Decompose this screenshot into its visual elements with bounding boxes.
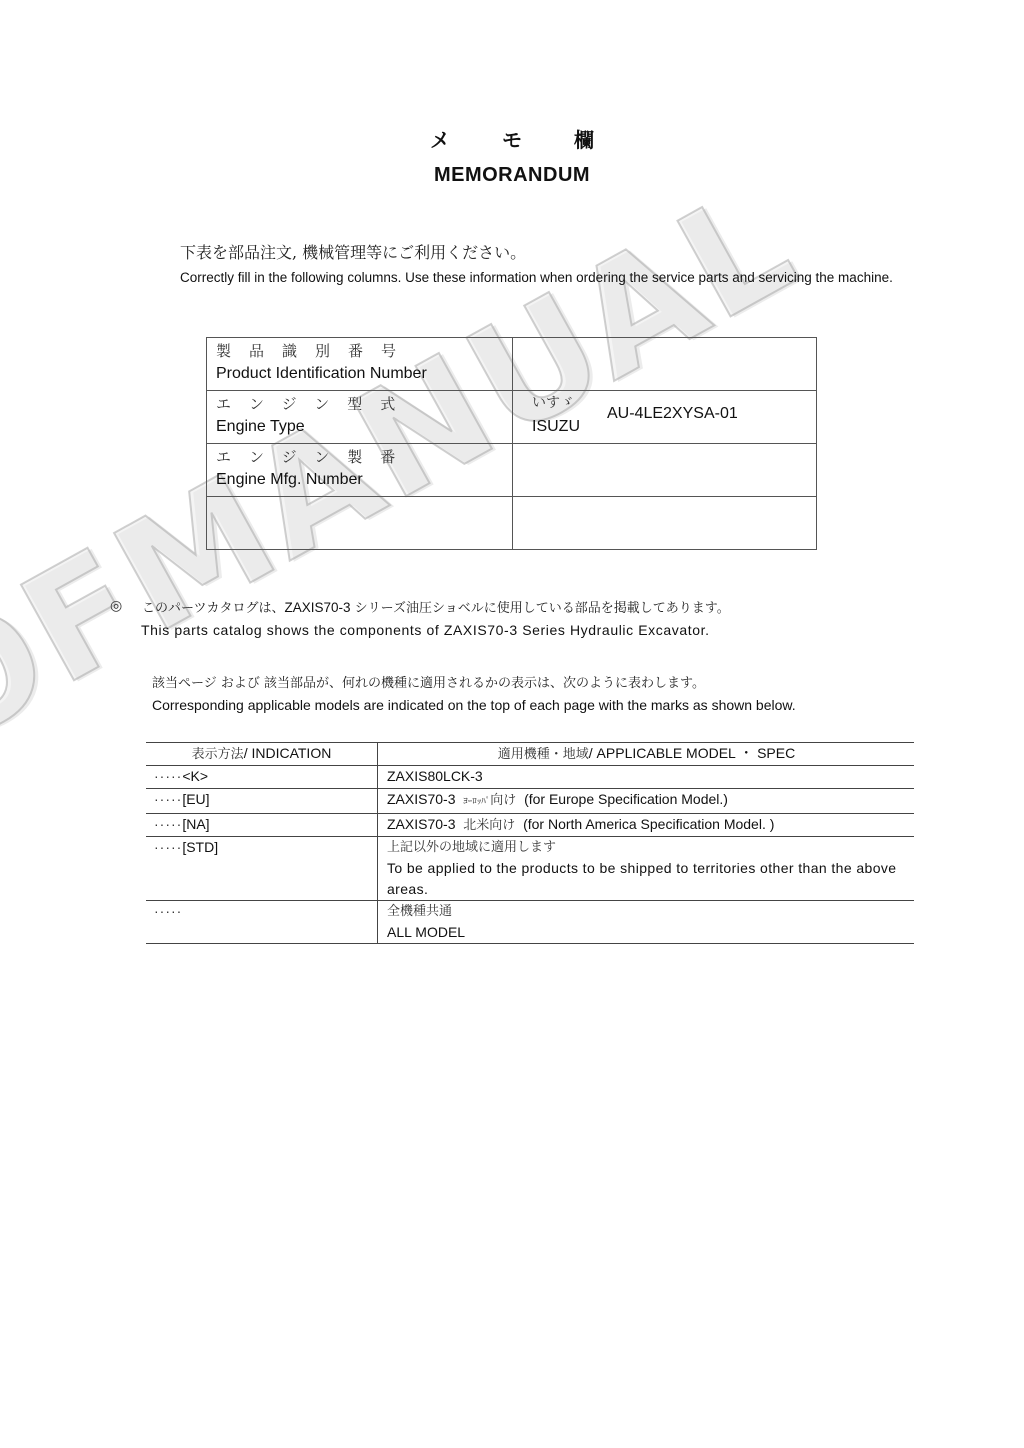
label-jp: 製品識別番号 xyxy=(216,340,503,362)
label-en: Product Identification Number xyxy=(216,362,503,386)
intro-text-en: Correctly fill in the following columns.… xyxy=(180,266,914,291)
table-row: ····· 全機種共通ALL MODEL xyxy=(146,901,914,944)
table-row: ·····[STD] 上記以外の地域に適用しますTo be applied to… xyxy=(146,837,914,901)
label-cell: 製品識別番号 Product Identification Number xyxy=(207,338,513,391)
suffix-jp: 向け xyxy=(489,818,515,833)
model-name: ZAXIS70-3 xyxy=(387,816,455,832)
table-row: エンジン型式 Engine Type いすゞ ISUZU AU-4LE2XYSA… xyxy=(207,391,817,444)
indication-cell: ·····[STD] xyxy=(146,837,378,901)
indication-cell: ·····[NA] xyxy=(146,814,378,837)
catalog-note-jp: このパーツカタログは、ZAXIS70-3 シリーズ油圧ショベルに使用している部品… xyxy=(142,597,730,616)
label-cell: エンジン製番 Engine Mfg. Number xyxy=(207,444,513,497)
applicability-note-en: Corresponding applicable models are indi… xyxy=(152,697,796,713)
model-name: ZAXIS70-3 xyxy=(387,791,455,807)
leader-dots: ····· xyxy=(154,791,182,807)
label-en: Engine Mfg. Number xyxy=(216,468,503,492)
catalog-note-en: This parts catalog shows the components … xyxy=(141,622,710,638)
indication-header: 表示方法/ INDICATION xyxy=(146,743,378,766)
applicability-note-jp: 該当ページ および 該当部品が、何れの機種に適用されるかの表示は、次のように表わ… xyxy=(152,672,705,691)
indication-cell: ····· xyxy=(146,901,378,944)
engine-type-value[interactable]: いすゞ ISUZU AU-4LE2XYSA-01 xyxy=(513,391,817,444)
suffix-jp: 向け xyxy=(490,793,516,808)
indication-mark: [STD] xyxy=(182,839,218,855)
label-jp: エンジン製番 xyxy=(216,446,503,468)
region-jp: 北米 xyxy=(463,818,489,833)
indication-cell: ·····[EU] xyxy=(146,789,378,814)
identification-table: 製品識別番号 Product Identification Number エンジ… xyxy=(206,337,817,550)
title-char: 欄 xyxy=(574,124,594,153)
indication-cell: ·····<K> xyxy=(146,766,378,789)
region-jp: ﾖｰﾛｯﾊﾟ xyxy=(463,797,490,807)
header-jp: 表示方法 xyxy=(192,747,244,762)
model-cell: ZAXIS70-3 ﾖｰﾛｯﾊﾟ向け (for Europe Specifica… xyxy=(378,789,915,814)
maker-jp: いすゞ xyxy=(532,392,574,412)
label-cell: エンジン型式 Engine Type xyxy=(207,391,513,444)
page-title-jp: メモ欄 xyxy=(0,124,1024,153)
leader-dots: ····· xyxy=(154,903,182,919)
model-cell: ZAXIS80LCK-3 xyxy=(378,766,915,789)
header-jp: 適用機種・地域 xyxy=(498,747,589,762)
engine-mfg-number-value[interactable] xyxy=(513,444,817,497)
note-jp-model: ZAXIS70-3 xyxy=(284,600,350,615)
label-jp: エンジン型式 xyxy=(216,393,503,415)
leader-dots: ····· xyxy=(154,839,182,855)
applicable-model-header: 適用機種・地域/ APPLICABLE MODEL ・ SPEC xyxy=(378,743,915,766)
leader-dots: ····· xyxy=(154,816,182,832)
table-row xyxy=(207,497,817,550)
engine-model: AU-4LE2XYSA-01 xyxy=(607,405,738,423)
table-row: 製品識別番号 Product Identification Number xyxy=(207,338,817,391)
title-char: モ xyxy=(502,124,522,153)
table-header-row: 表示方法/ INDICATION 適用機種・地域/ APPLICABLE MOD… xyxy=(146,743,914,766)
indication-table: 表示方法/ INDICATION 適用機種・地域/ APPLICABLE MOD… xyxy=(146,742,914,944)
table-row: エンジン製番 Engine Mfg. Number xyxy=(207,444,817,497)
label-en: Engine Type xyxy=(216,415,503,439)
description-jp: 上記以外の地域に適用します xyxy=(387,837,906,858)
description-jp: 全機種共通 xyxy=(387,901,906,922)
page-title: MEMORANDUM xyxy=(0,164,1024,187)
double-circle-icon: ◎ xyxy=(110,597,122,614)
table-row: ·····<K> ZAXIS80LCK-3 xyxy=(146,766,914,789)
blank-label-cell[interactable] xyxy=(207,497,513,550)
note-jp-after: シリーズ油圧ショベルに使用している部品を掲載してあります。 xyxy=(351,601,730,616)
spec-text: (for North America Specification Model. … xyxy=(523,816,774,832)
note-jp-before: このパーツカタログは、 xyxy=(142,601,284,616)
model-cell: 全機種共通ALL MODEL xyxy=(378,901,915,944)
header-en: / INDICATION xyxy=(244,745,332,761)
description-en: To be applied to the products to be ship… xyxy=(387,858,906,900)
model-cell: ZAXIS70-3 北米向け (for North America Specif… xyxy=(378,814,915,837)
description-en: ALL MODEL xyxy=(387,922,906,943)
indication-mark: <K> xyxy=(182,768,208,784)
spec-text: (for Europe Specification Model.) xyxy=(524,791,728,807)
blank-value-cell[interactable] xyxy=(513,497,817,550)
product-id-value[interactable] xyxy=(513,338,817,391)
leader-dots: ····· xyxy=(154,768,182,784)
table-row: ·····[NA] ZAXIS70-3 北米向け (for North Amer… xyxy=(146,814,914,837)
header-en: / APPLICABLE MODEL ・ SPEC xyxy=(589,745,795,761)
indication-mark: [EU] xyxy=(182,791,209,807)
title-char: メ xyxy=(430,124,450,153)
model-cell: 上記以外の地域に適用しますTo be applied to the produc… xyxy=(378,837,915,901)
intro-text-jp: 下表を部品注文, 機械管理等にご利用ください。 xyxy=(180,240,526,263)
table-row: ·····[EU] ZAXIS70-3 ﾖｰﾛｯﾊﾟ向け (for Europe… xyxy=(146,789,914,814)
indication-mark: [NA] xyxy=(182,816,209,832)
maker-en: ISUZU xyxy=(532,418,580,436)
